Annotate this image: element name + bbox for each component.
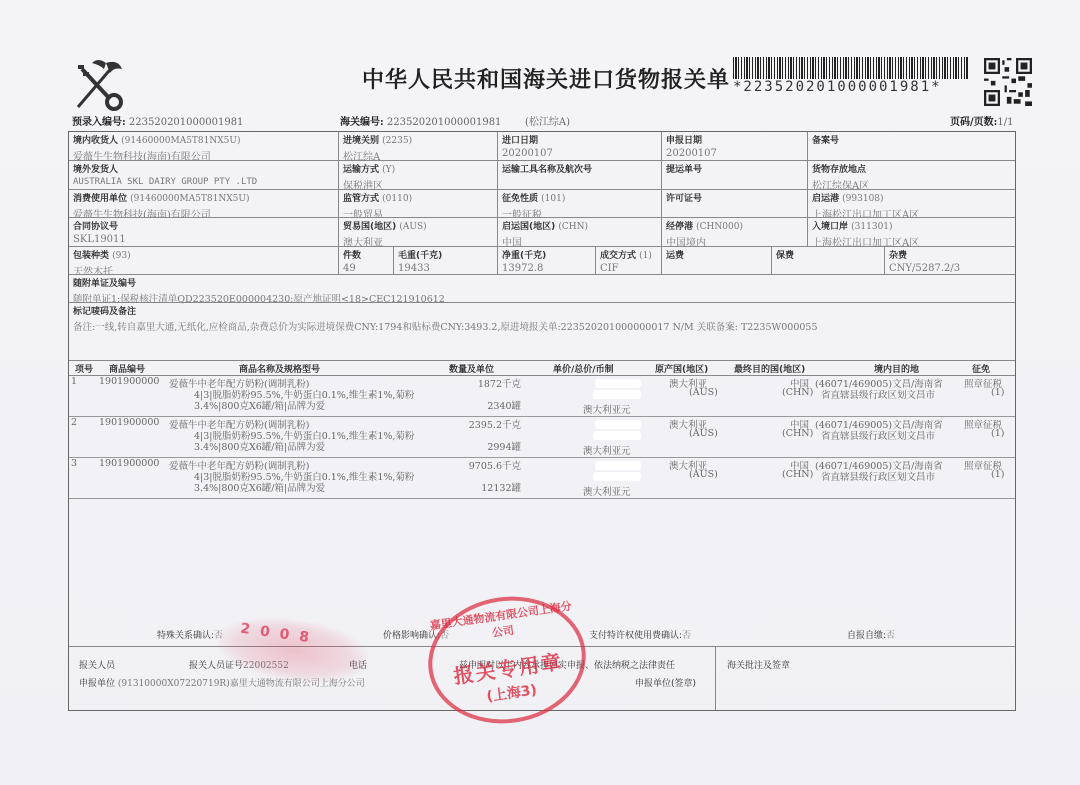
field-entry-port: 入境口岸 (311301) 上海松江出口加工区A区: [808, 218, 1015, 247]
hs-code: 1901900000: [99, 376, 159, 387]
customs-office: (松江综A): [525, 113, 570, 128]
page-indicator: 页码/页数:1/1: [950, 113, 1013, 128]
declare-unit-sign: 申报单位(签章): [635, 676, 696, 689]
field-marks-remarks: 标记唛码及备注 备注:一线,转自嘉里大通,无纸化,应检商品,杂费总价为实际进境保…: [69, 303, 1015, 361]
quantity-cans: 12132罐: [481, 480, 521, 494]
page-label: 页码/页数:: [950, 117, 997, 128]
product-spec-line2: 3.4%|800克X6罐/箱|品牌为爱: [194, 480, 325, 494]
redacted-price: [595, 379, 641, 388]
field-declare-date: 申报日期 20200107: [662, 132, 808, 161]
currency: 澳大利亚元: [583, 443, 631, 457]
field-origin-country: 启运国(地区) (CHN) 中国: [498, 218, 662, 247]
product-spec-line2: 3.4%|800克X6罐/箱|品牌为爱: [194, 439, 325, 453]
item-number: 3: [71, 458, 77, 469]
field-gross-weight: 毛重(千克) 19433: [394, 247, 498, 275]
quantity-weight: 9705.6千克: [469, 458, 521, 472]
field-misc-fee: 杂费 CNY/5287.2/3: [885, 247, 1015, 275]
customs-number-value: 223520201000001981: [387, 117, 502, 128]
field-net-weight: 净重(千克) 13972.8: [498, 247, 596, 275]
quantity-cans: 2340罐: [487, 398, 521, 412]
self-report: 自报自缴:否: [847, 628, 895, 641]
field-levy-nature: 征免性质 (101) 一般征税: [498, 190, 662, 218]
field-transit-port: 经停港 (CHN000) 中国境内: [662, 218, 808, 247]
field-transport-mode: 运输方式 (Y) 保税港区: [339, 161, 498, 190]
field-departure-port: 启运港 (993108) 上海松江出口加工区A区: [808, 190, 1015, 218]
customs-approval-label: 海关批注及签章: [727, 658, 790, 671]
redacted-price: [595, 420, 641, 429]
origin-code: (AUS): [689, 387, 718, 398]
barcode-icon: [733, 57, 968, 79]
field-trade-country: 贸易国(地区) (AUS) 澳大利亚: [339, 218, 498, 247]
destination-code: (CHN): [782, 428, 813, 439]
field-pieces: 件数 49: [339, 247, 394, 275]
royalty-confirm: 支付特许权使用费确认:否: [589, 628, 691, 641]
quantity-cans: 2994罐: [487, 439, 521, 453]
field-consignee: 境内收货人 (91460000MA5T81NX5U) 爱薇牛生物科技(海南)有限…: [69, 132, 339, 161]
consignee-value: 爱薇牛生物科技(海南)有限公司: [73, 148, 334, 161]
field-supervision-mode: 监管方式 (0110) 一般贸易: [339, 190, 498, 218]
origin-code: (AUS): [689, 469, 718, 480]
field-import-date: 进口日期 20200107: [498, 132, 662, 161]
field-transport-name: 运输工具名称及航次号: [498, 161, 662, 190]
quantity-weight: 2395.2千克: [469, 417, 521, 431]
redacted-price: [593, 431, 641, 440]
goods-row: 11901900000爱薇牛中老年配方奶粉(调制乳粉)4|3|脱脂奶粉95.5%…: [69, 375, 1015, 417]
field-contract-no: 合同协议号 SKL19011: [69, 218, 339, 247]
pre-entry-label: 预录入编号:: [72, 117, 126, 128]
customs-number-label: 海关编号:: [340, 117, 384, 128]
quantity-weight: 1872千克: [478, 376, 521, 390]
destination-code: (CHN): [782, 387, 813, 398]
redacted-price: [593, 472, 641, 481]
field-consumer: 消费使用单位 (91460000MA5T81NX5U) 爱薇牛生物科技(海南)有…: [69, 190, 339, 218]
field-license-no: 许可证号: [662, 190, 808, 218]
item-number: 1: [71, 376, 77, 387]
currency: 澳大利亚元: [583, 484, 631, 498]
domestic-destination-line2: 省直辖县级行政区划文昌市: [821, 428, 935, 442]
customs-office-value: (松江综A): [525, 117, 570, 128]
domestic-destination-line2: 省直辖县级行政区划文昌市: [821, 469, 935, 483]
pre-entry-number: 预录入编号: 223520201000001981: [72, 113, 243, 128]
special-relation: 特殊关系确认:否: [157, 628, 223, 641]
levy-code: (1): [991, 387, 1004, 398]
barcode-text: *223520201000001981*: [733, 79, 942, 95]
levy-code: (1): [991, 428, 1004, 439]
field-insurance: 保费: [772, 247, 885, 275]
qr-code-icon: [984, 58, 1032, 106]
customs-number: 海关编号: 223520201000001981: [340, 113, 501, 128]
redacted-price: [593, 390, 641, 399]
goods-row: 21901900000爱薇牛中老年配方奶粉(调制乳粉)4|3|脱脂奶粉95.5%…: [69, 416, 1015, 458]
field-transaction-mode: 成交方式 (1) CIF: [596, 247, 662, 275]
currency: 澳大利亚元: [583, 402, 631, 416]
levy-code: (1): [991, 469, 1004, 480]
item-number: 2: [71, 417, 77, 428]
field-shipper: 境外发货人 AUSTRALIA SKL DAIRY GROUP PTY .LTD: [69, 161, 339, 190]
goods-row: 31901900000爱薇牛中老年配方奶粉(调制乳粉)4|3|脱脂奶粉95.5%…: [69, 457, 1015, 499]
field-bill-no: 提运单号: [662, 161, 808, 190]
origin-code: (AUS): [689, 428, 718, 439]
page-value: 1/1: [997, 117, 1013, 128]
hs-code: 1901900000: [99, 458, 159, 469]
field-entry-customs: 进境关别 (2235) 松江综A: [339, 132, 498, 161]
field-record-no: 备案号: [808, 132, 1015, 161]
document-title: 中华人民共和国海关进口货物报关单: [362, 63, 730, 94]
redacted-price: [595, 461, 641, 470]
destination-code: (CHN): [782, 469, 813, 480]
product-spec-line2: 3.4%|800克X6罐/箱|品牌为爱: [194, 398, 325, 412]
goods-table-header: 项号 商品编号 商品名称及规格型号 数量及单位 单价/总价/币制 原产国(地区)…: [69, 361, 1015, 376]
domestic-destination-line2: 省直辖县级行政区划文昌市: [821, 387, 935, 401]
field-package-type: 包装种类 (93) 天然木托: [69, 247, 339, 275]
pre-entry-value: 223520201000001981: [129, 117, 244, 128]
hs-code: 1901900000: [99, 417, 159, 428]
footer-divider: [715, 646, 716, 710]
customs-declaration-page: 中华人民共和国海关进口货物报关单 *223520201000001981* 预录…: [0, 0, 1080, 785]
declarant-label: 报关人员: [79, 658, 115, 671]
field-freight: 运费: [662, 247, 772, 275]
customs-emblem-icon: [70, 55, 126, 111]
field-attached-docs: 随附单证及编号 随附单证1:保税核注清单QD223520E000004230;原…: [69, 275, 1015, 303]
field-storage-place: 货物存放地点 松江综保A区: [808, 161, 1015, 190]
